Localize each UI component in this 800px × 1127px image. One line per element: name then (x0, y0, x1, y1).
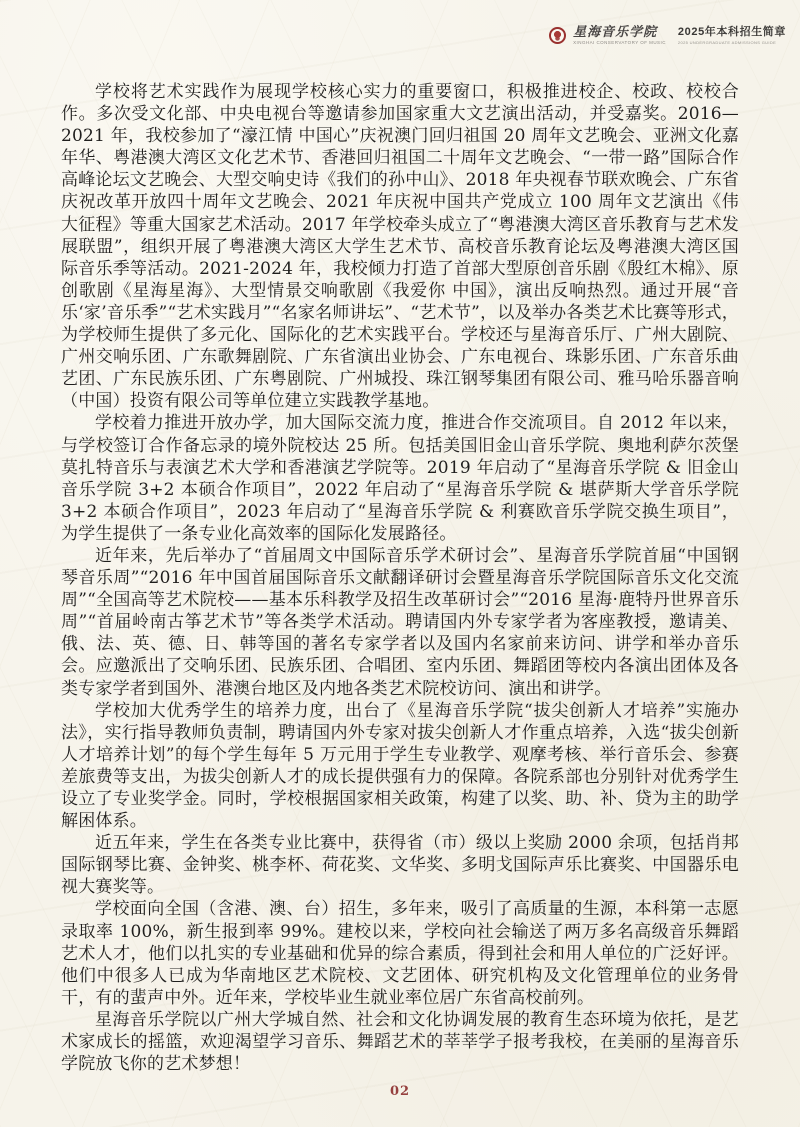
doc-title-en: 2025 UNDERGRADUATE ADMISSIONS GUIDE (678, 41, 786, 45)
school-name-zh: 星海音乐学院 (573, 26, 666, 39)
body-paragraph: 学校面向全国（含港、澳、台）招生，多年来，吸引了高质量的生源，本科第一志愿录取率… (61, 898, 739, 1008)
page-number: 02 (390, 1084, 410, 1099)
brochure-page: 星海音乐学院 XINGHAI CONSERVATORY OF MUSIC 202… (0, 0, 800, 1127)
doc-title-zh: 2025年本科招生简章 (678, 27, 786, 38)
body-paragraphs: 学校将艺术实践作为展现学校核心实力的重要窗口，积极推进校企、校政、校校合作。多次… (61, 81, 739, 1075)
doc-title: 2025年本科招生简章 2025 UNDERGRADUATE ADMISSION… (678, 27, 786, 45)
body-paragraph: 学校加大优秀学生的培养力度，出台了《星海音乐学院“拔尖创新人才培养”实施办法》，… (61, 700, 739, 833)
school-brand: 星海音乐学院 XINGHAI CONSERVATORY OF MUSIC (573, 26, 666, 46)
body-paragraph: 学校将艺术实践作为展现学校核心实力的重要窗口，积极推进校企、校政、校校合作。多次… (61, 81, 739, 412)
body-paragraph: 近五年来，学生在各类专业比赛中，获得省（市）级以上奖励 2000 余项，包括肖邦… (61, 832, 739, 898)
school-name-en: XINGHAI CONSERVATORY OF MUSIC (573, 41, 666, 46)
school-seal-icon (549, 27, 566, 44)
body-paragraph: 近年来，先后举办了“首届周文中国际音乐学术研讨会”、星海音乐学院首届“中国钢琴音… (61, 545, 739, 700)
page-footer: 02 (0, 1080, 800, 1099)
page-header: 星海音乐学院 XINGHAI CONSERVATORY OF MUSIC 202… (549, 26, 786, 46)
body-paragraph: 学校着力推进开放办学，加大国际交流力度，推进合作交流项目。自 2012 年以来，… (61, 412, 739, 545)
body-paragraph: 星海音乐学院以广州大学城自然、社会和文化协调发展的教育生态环境为依托，是艺术家成… (61, 1009, 739, 1075)
